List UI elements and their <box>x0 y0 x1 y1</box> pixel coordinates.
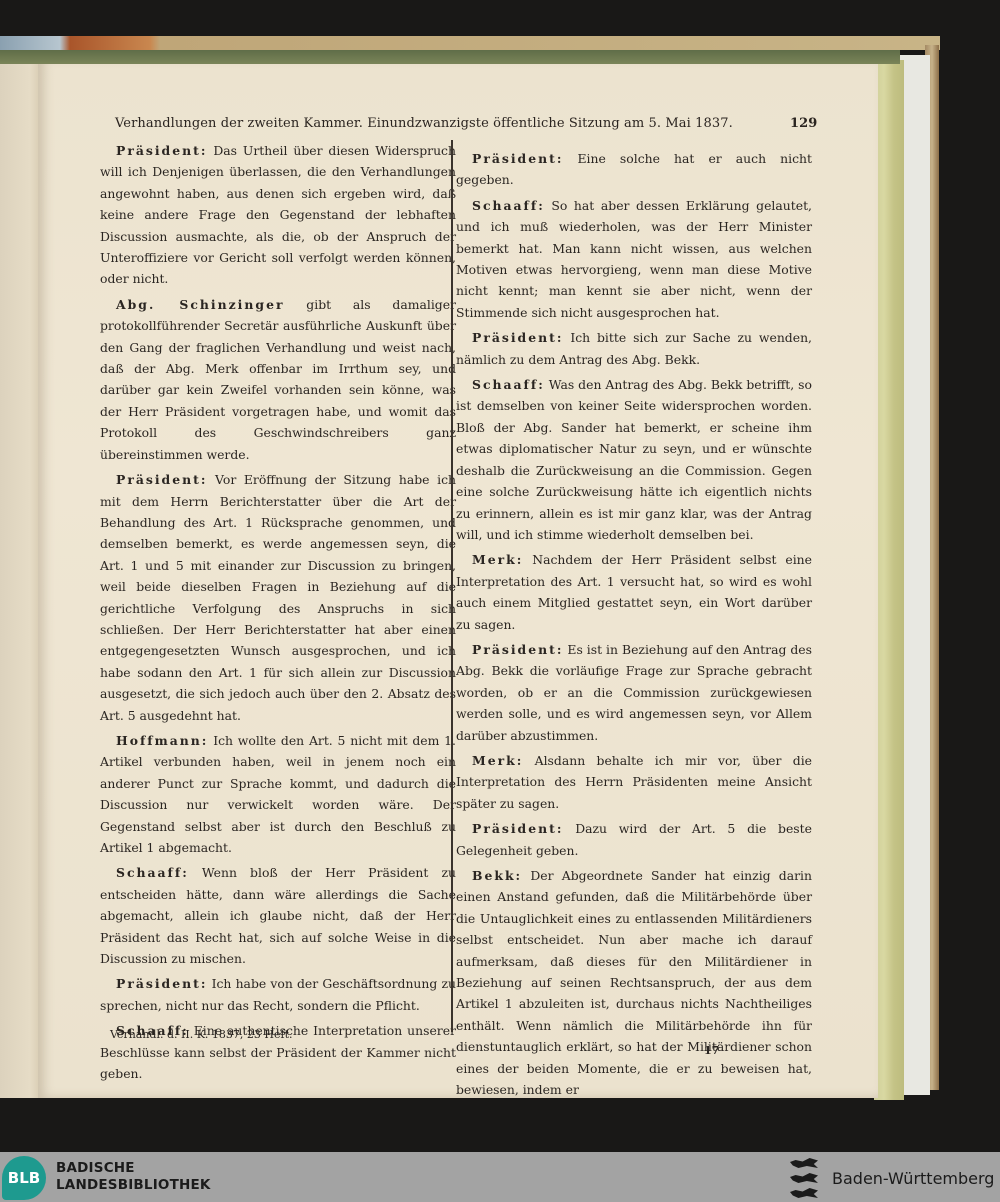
page-number: 129 <box>790 116 817 131</box>
speaker-name: Abg. Schinzinger <box>116 297 284 312</box>
paragraph-text: Der Abgeordnete Sander hat einzig darin … <box>456 868 812 1097</box>
paragraph: Präsident: Vor Eröffnung der Sitzung hab… <box>100 469 456 726</box>
text-column-left: Präsident: Das Urtheil über diesen Wider… <box>100 140 456 1088</box>
paragraph-text: So hat aber dessen Erklärung gelautet, u… <box>456 198 812 320</box>
volume-footnote: Verhandl. d. II. K. 1837, 23 Heft. <box>110 1028 292 1041</box>
paragraph: Merk: Alsdann behalte ich mir vor, über … <box>456 750 812 814</box>
paragraph: Schaaff: Was den Antrag des Abg. Bekk be… <box>456 374 812 545</box>
speaker-name: Präsident: <box>116 143 207 158</box>
viewer-footer-bar: BLB BADISCHE LANDESBIBLIOTHEK Baden-Würt… <box>0 1152 1000 1202</box>
baden-wuerttemberg-logo[interactable]: Baden-Württemberg <box>790 1158 994 1198</box>
state-name: Baden-Württemberg <box>832 1169 994 1188</box>
paragraph: Präsident: Ich habe von der Geschäftsord… <box>100 973 456 1016</box>
speaker-name: Präsident: <box>472 151 563 166</box>
speaker-name: Schaaff: <box>472 198 545 213</box>
speaker-name: Schaaff: <box>472 377 545 392</box>
speaker-name: Präsident: <box>472 330 563 345</box>
speaker-name: Präsident: <box>472 642 563 657</box>
speaker-name: Präsident: <box>116 976 207 991</box>
paragraph: Merk: Nachdem der Herr Präsident selbst … <box>456 549 812 635</box>
library-name-line1: BADISCHE <box>56 1160 211 1177</box>
paragraph: Abg. Schinzinger gibt als damaliger prot… <box>100 294 456 465</box>
running-header: Verhandlungen der zweiten Kammer. Einund… <box>110 116 810 136</box>
paragraph: Bekk: Der Abgeordnete Sander hat einzig … <box>456 865 812 1100</box>
paragraph-text: Das Urtheil über diesen Widerspruch will… <box>100 143 456 286</box>
paragraph-text: Wenn bloß der Herr Präsident zu entschei… <box>100 865 456 966</box>
page-stack-edge <box>874 60 904 1100</box>
speaker-name: Merk: <box>472 552 523 567</box>
speaker-name: Bekk: <box>472 868 522 883</box>
running-header-title: Verhandlungen der zweiten Kammer. Einund… <box>115 116 733 131</box>
paragraph: Hoffmann: Ich wollte den Art. 5 nicht mi… <box>100 730 456 858</box>
book-binding-edge <box>0 50 900 64</box>
blb-logo-text: BLB <box>8 1169 40 1187</box>
speaker-name: Präsident: <box>472 821 563 836</box>
scanned-book-image: Verhandlungen der zweiten Kammer. Einund… <box>0 0 1000 1152</box>
paragraph: Präsident: Eine solche hat er auch nicht… <box>456 148 812 191</box>
page-gutter <box>0 58 40 1098</box>
paragraph-text: Was den Antrag des Abg. Bekk betrifft, s… <box>456 377 812 542</box>
paragraph: Präsident: Das Urtheil über diesen Wider… <box>100 140 456 290</box>
library-name[interactable]: BADISCHE LANDESBIBLIOTHEK <box>56 1160 211 1194</box>
book-cover-top-edge <box>0 36 940 50</box>
paragraph-text: gibt als damaliger protokollführender Se… <box>100 297 456 462</box>
signature-mark: 17 <box>704 1044 719 1057</box>
paragraph: Präsident: Es ist in Beziehung auf den A… <box>456 639 812 746</box>
paragraph: Schaaff: Wenn bloß der Herr Präsident zu… <box>100 862 456 969</box>
paragraph: Präsident: Dazu wird der Art. 5 die best… <box>456 818 812 861</box>
paragraph-text: Vor Eröffnung der Sitzung habe ich mit d… <box>100 472 456 722</box>
column-divider <box>451 140 453 1032</box>
speaker-name: Merk: <box>472 753 523 768</box>
paragraph: Präsident: Ich bitte sich zur Sache zu w… <box>456 327 812 370</box>
speaker-name: Schaaff: <box>116 865 189 880</box>
paragraph-text: Ich wollte den Art. 5 nicht mit dem 1. A… <box>100 733 456 855</box>
paragraph: Schaaff: So hat aber dessen Erklärung ge… <box>456 195 812 323</box>
speaker-name: Präsident: <box>116 472 207 487</box>
blb-logo-icon[interactable]: BLB <box>2 1156 46 1200</box>
text-column-right: Präsident: Eine solche hat er auch nicht… <box>456 148 812 1104</box>
speaker-name: Hoffmann: <box>116 733 208 748</box>
paragraph-text: Es ist in Beziehung auf den Antrag des A… <box>456 642 812 743</box>
library-name-line2: LANDESBIBLIOTHEK <box>56 1177 211 1194</box>
three-lions-coat-of-arms-icon <box>790 1158 820 1198</box>
